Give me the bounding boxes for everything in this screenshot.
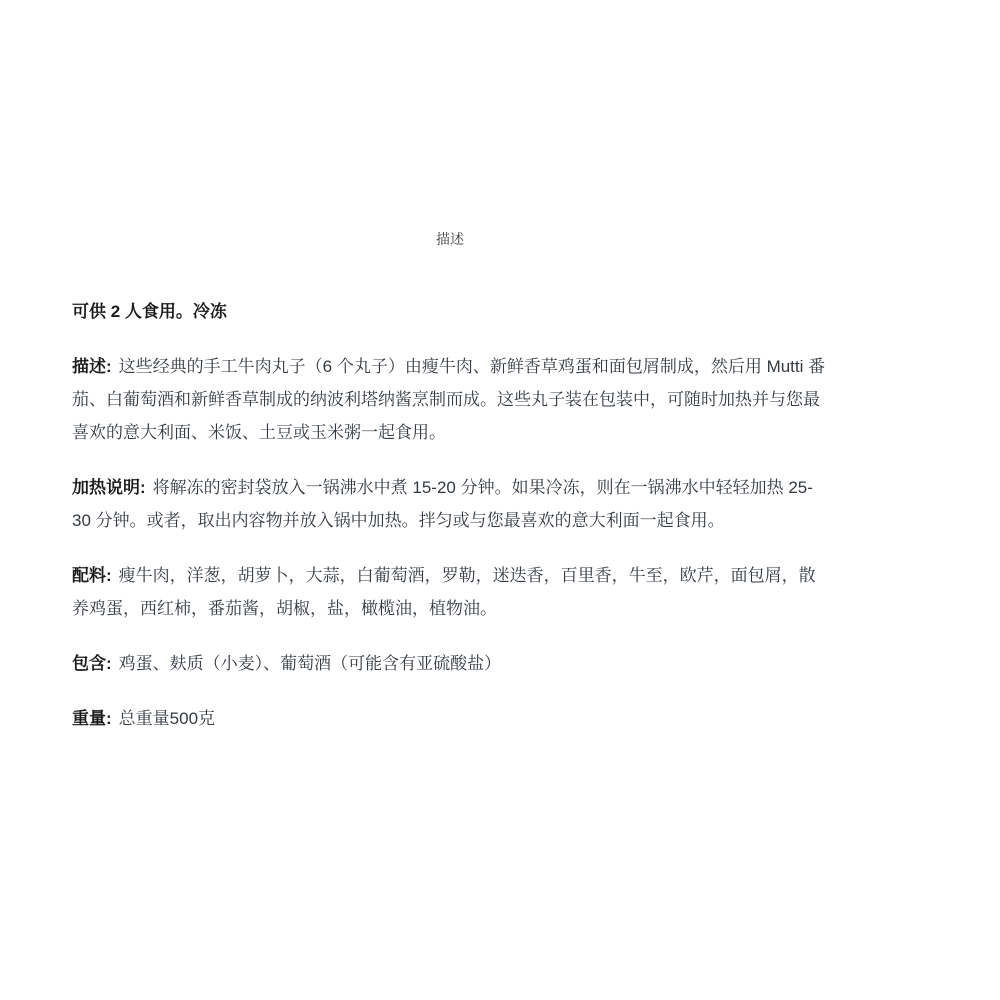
- paragraph-weight: 重量:总重量500克: [72, 702, 828, 735]
- paragraph-text: 将解冻的密封袋放入一锅沸水中煮 15-20 分钟。如果冷冻，则在一锅沸水中轻轻加…: [72, 478, 813, 530]
- paragraph-heating-instructions: 加热说明:将解冻的密封袋放入一锅沸水中煮 15-20 分钟。如果冷冻，则在一锅沸…: [72, 471, 828, 537]
- description-section: 描述 可供 2 人食用。冷冻 描述:这些经典的手工牛肉丸子（6 个丸子）由瘦牛肉…: [72, 0, 828, 757]
- paragraph-text: 这些经典的手工牛肉丸子（6 个丸子）由瘦牛肉、新鲜香草鸡蛋和面包屑制成，然后用 …: [72, 357, 825, 442]
- section-title: 描述: [72, 0, 828, 248]
- paragraph-ingredients: 配料:瘦牛肉，洋葱，胡萝卜，大蒜，白葡萄酒，罗勒，迷迭香，百里香，牛至，欧芹，面…: [72, 559, 828, 625]
- paragraph-contains: 包含:鸡蛋、麸质（小麦）、葡萄酒（可能含有亚硫酸盐）: [72, 647, 828, 680]
- paragraph-label: 配料:: [72, 566, 119, 585]
- paragraph-text: 鸡蛋、麸质（小麦）、葡萄酒（可能含有亚硫酸盐）: [119, 654, 502, 673]
- paragraph-label: 重量:: [72, 709, 119, 728]
- paragraph-label: 包含:: [72, 654, 119, 673]
- serving-note: 可供 2 人食用。冷冻: [72, 295, 828, 328]
- paragraph-label: 加热说明:: [72, 478, 153, 497]
- product-description-page: 描述 可供 2 人食用。冷冻 描述:这些经典的手工牛肉丸子（6 个丸子）由瘦牛肉…: [0, 0, 1000, 1000]
- paragraph-description: 描述:这些经典的手工牛肉丸子（6 个丸子）由瘦牛肉、新鲜香草鸡蛋和面包屑制成，然…: [72, 350, 828, 449]
- paragraph-text: 总重量500克: [119, 709, 215, 728]
- paragraph-text: 瘦牛肉，洋葱，胡萝卜，大蒜，白葡萄酒，罗勒，迷迭香，百里香，牛至，欧芹，面包屑，…: [72, 566, 816, 618]
- paragraph-label: 描述:: [72, 357, 119, 376]
